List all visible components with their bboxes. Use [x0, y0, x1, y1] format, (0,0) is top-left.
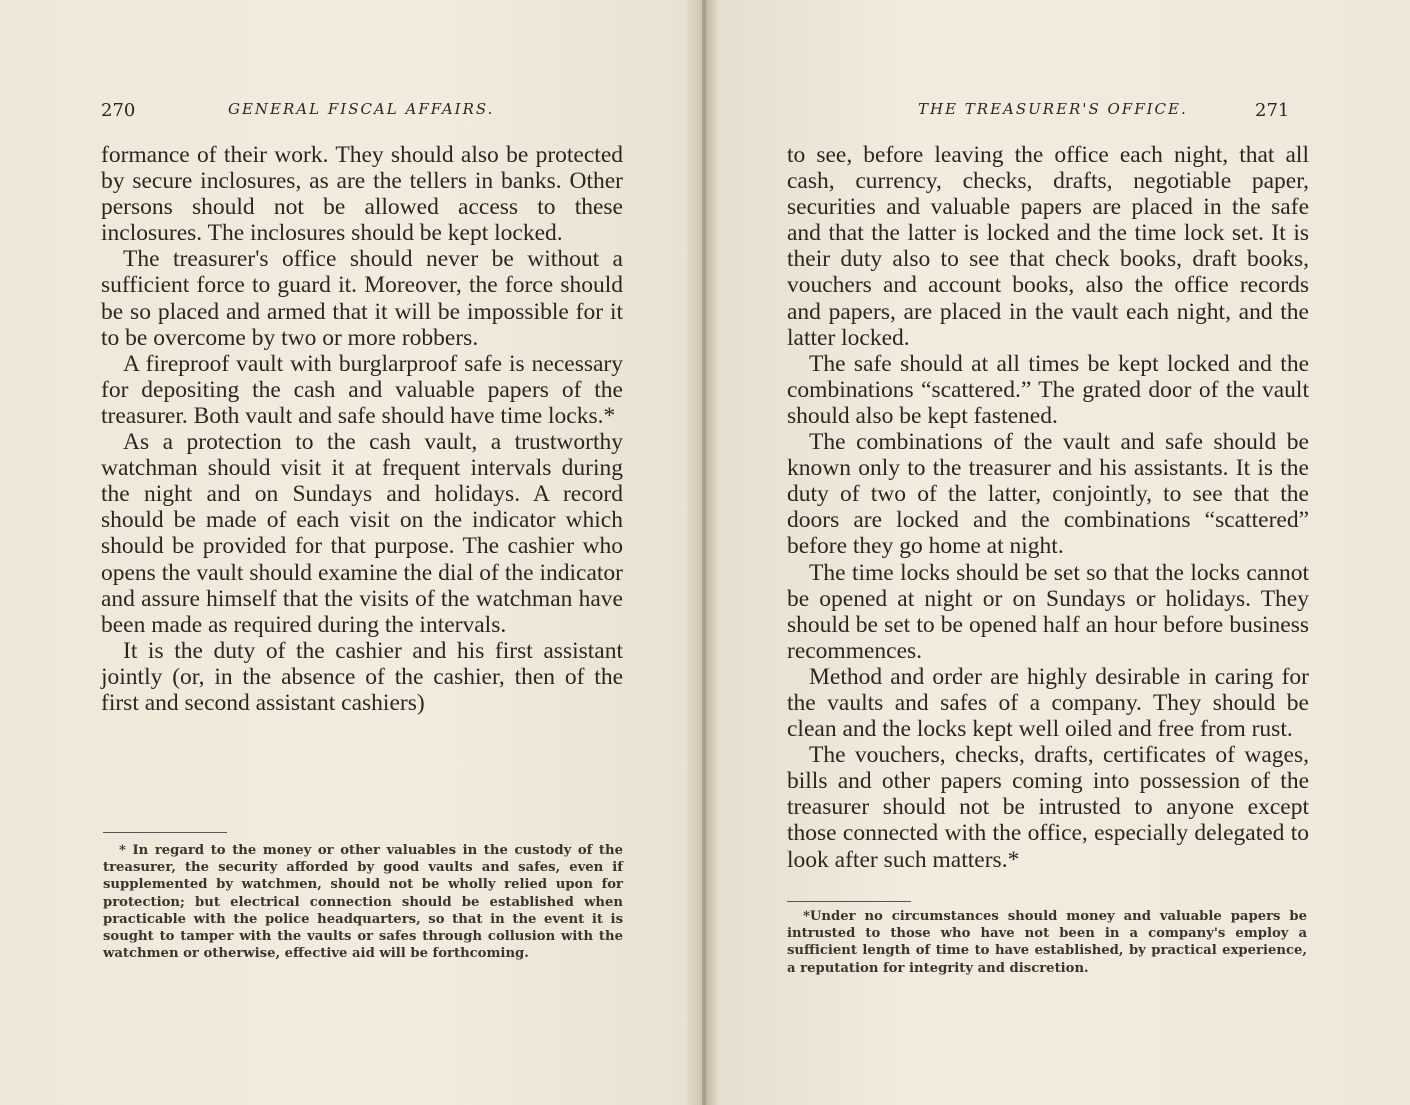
- page-number-left: 270: [101, 100, 135, 121]
- left-body-text: formance of their work. They should also…: [101, 142, 623, 716]
- paragraph: formance of their work. They should also…: [101, 142, 623, 246]
- paragraph: Method and order are highly desirable in…: [787, 664, 1309, 742]
- paragraph: The safe should at all times be kept loc…: [787, 351, 1309, 429]
- paragraph: It is the duty of the cashier and his fi…: [101, 638, 623, 716]
- paragraph: The treasurer's office should never be w…: [101, 246, 623, 350]
- right-body-text: to see, before leaving the office each n…: [787, 142, 1309, 873]
- paragraph: The combinations of the vault and safe s…: [787, 429, 1309, 559]
- running-head-right: THE TREASURER'S OFFICE.: [918, 100, 1188, 118]
- footnote-text: *Under no circumstances should money and…: [787, 908, 1307, 977]
- running-head-left: GENERAL FISCAL AFFAIRS.: [228, 100, 494, 118]
- footnote-rule: [103, 832, 227, 833]
- paragraph: A fireproof vault with burglarproof safe…: [101, 351, 623, 429]
- left-page: 270 GENERAL FISCAL AFFAIRS. formance of …: [0, 0, 705, 1105]
- paragraph: The time locks should be set so that the…: [787, 560, 1309, 664]
- right-footnote: *Under no circumstances should money and…: [787, 908, 1307, 977]
- paragraph: The vouchers, checks, drafts, certificat…: [787, 742, 1309, 872]
- paragraph: to see, before leaving the office each n…: [787, 142, 1309, 351]
- footnote-rule: [787, 901, 911, 902]
- book-gutter: [702, 0, 706, 1105]
- left-footnote: * In regard to the money or other valuab…: [103, 842, 623, 962]
- paragraph: As a protection to the cash vault, a tru…: [101, 429, 623, 638]
- footnote-text: * In regard to the money or other valuab…: [103, 842, 623, 962]
- page-number-right: 271: [1255, 100, 1289, 121]
- right-page: THE TREASURER'S OFFICE. 271 to see, befo…: [705, 0, 1410, 1105]
